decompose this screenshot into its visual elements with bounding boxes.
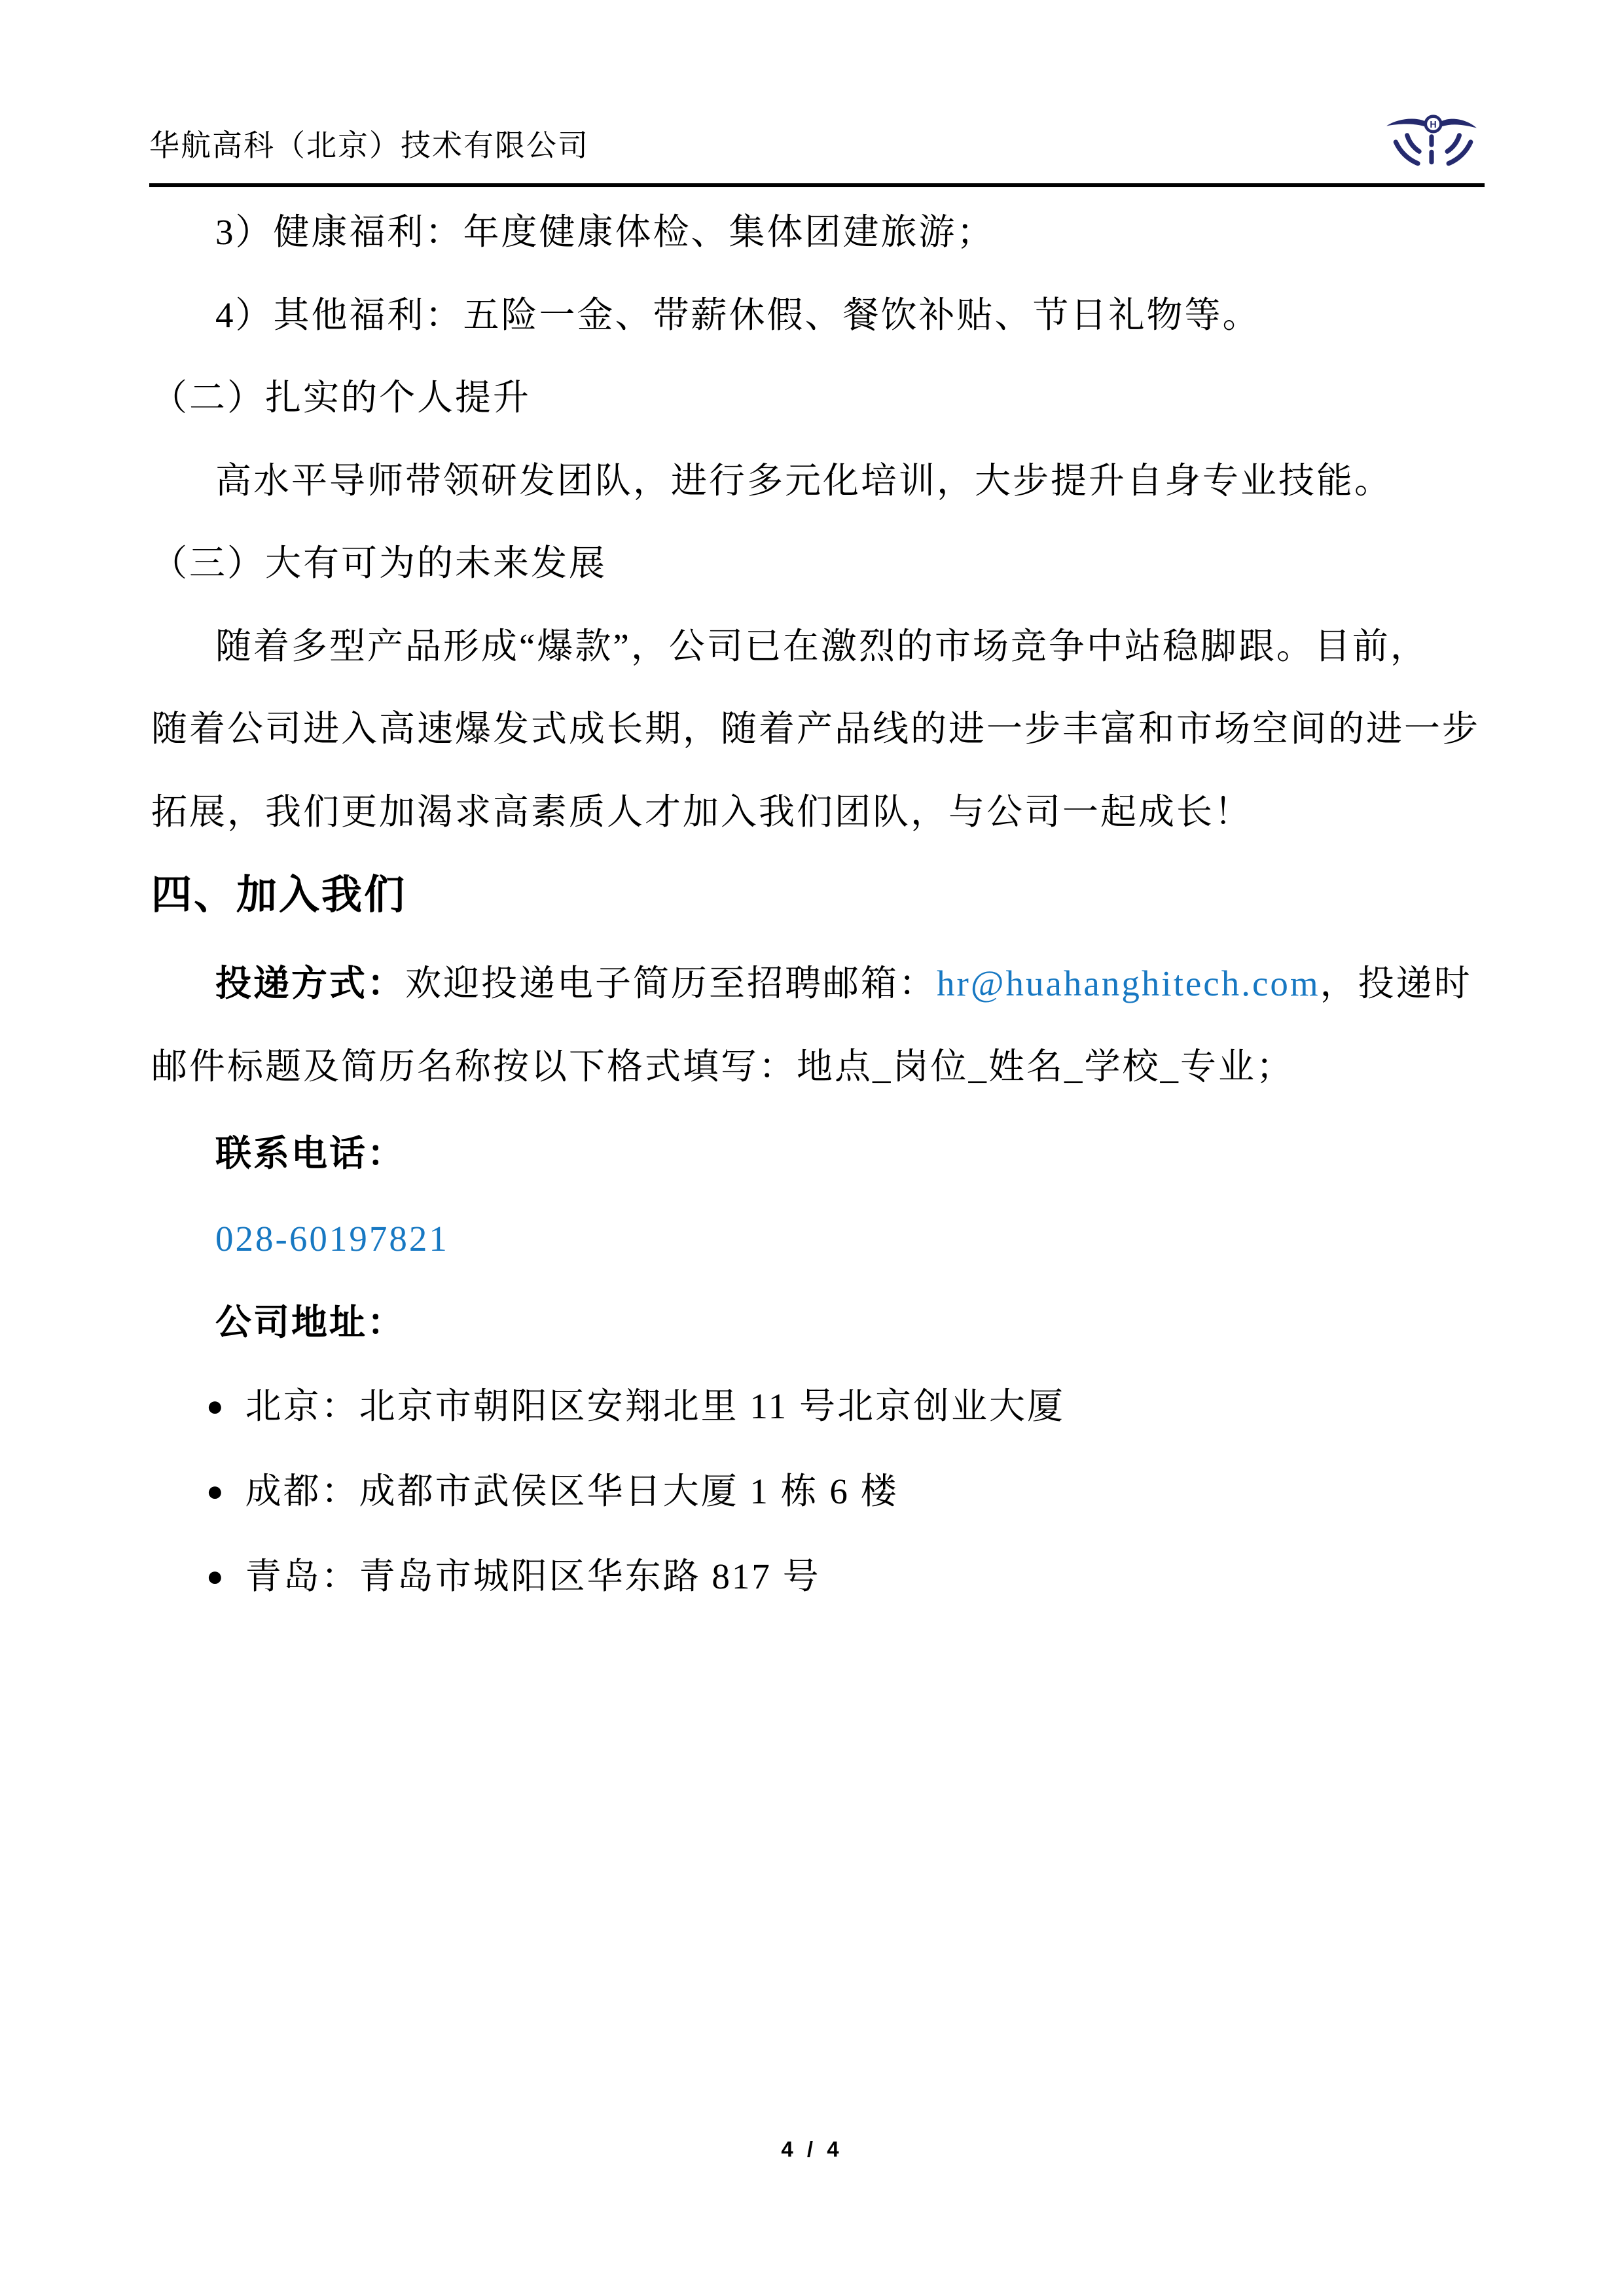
address-item-chengdu: ●成都：成都市武侯区华日大厦 1 栋 6 楼: [206, 1468, 899, 1515]
benefit-item-4: 4）其他福利：五险一金、带薪休假、餐饮补贴、节日礼物等。: [215, 292, 1261, 339]
address-text-qingdao: 青岛：青岛市城阳区华东路 817 号: [245, 1553, 821, 1600]
logo-letter: H: [1430, 120, 1436, 130]
company-logo-icon: H: [1386, 114, 1477, 169]
section-2-heading: （二）扎实的个人提升: [151, 374, 531, 422]
address-label: 公司地址：: [215, 1299, 405, 1346]
email-format-line: 邮件标题及简历名称按以下格式填写：地点_岗位_姓名_学校_专业；: [151, 1043, 1294, 1090]
address-text-beijing: 北京：北京市朝阳区安翔北里 11 号北京创业大厦: [245, 1383, 1065, 1430]
page-number: 4 / 4: [0, 2137, 1624, 2162]
header-rule: [149, 183, 1485, 187]
address-item-qingdao: ●青岛：青岛市城阳区华东路 817 号: [206, 1553, 821, 1600]
address-text-chengdu: 成都：成都市武侯区华日大厦 1 栋 6 楼: [245, 1468, 899, 1515]
apply-method-label: 投递方式：: [215, 963, 405, 1003]
bullet-icon: ●: [206, 1383, 226, 1430]
section-2-paragraph: 高水平导师带领研发团队，进行多元化培训，大步提升自身专业技能。: [215, 457, 1392, 505]
bullet-icon: ●: [206, 1468, 226, 1515]
header-company-name: 华航高科（北京）技术有限公司: [149, 128, 589, 164]
address-item-beijing: ●北京：北京市朝阳区安翔北里 11 号北京创业大厦: [206, 1383, 1065, 1430]
section-3-paragraph-line-2: 随着公司进入高速爆发式成长期，随着产品线的进一步丰富和市场空间的进一步: [151, 706, 1480, 753]
recruit-email-link[interactable]: hr@huahanghitech.com: [937, 963, 1320, 1003]
document-page: 华航高科（北京）技术有限公司 H 3）健康福利：年度健康体检、集体团建旅游； 4…: [0, 0, 1624, 2296]
phone-label: 联系电话：: [215, 1130, 405, 1177]
apply-method-text: 欢迎投递电子简历至招聘邮箱：: [405, 963, 937, 1003]
section-4-heading: 四、加入我们: [151, 869, 406, 922]
section-3-paragraph-line-1: 随着多型产品形成“爆款”，公司已在激烈的市场竞争中站稳脚跟。目前，: [215, 623, 1428, 670]
phone-number-link[interactable]: 028-60197821: [215, 1215, 449, 1263]
benefit-item-3: 3）健康福利：年度健康体检、集体团建旅游；: [215, 209, 995, 256]
section-3-paragraph-line-3: 拓展，我们更加渴求高素质人才加入我们团队，与公司一起成长！: [151, 789, 1252, 836]
apply-method-line: 投递方式：欢迎投递电子简历至招聘邮箱：hr@huahanghitech.com，…: [215, 960, 1472, 1007]
section-3-heading: （三）大有可为的未来发展: [151, 540, 607, 587]
bullet-icon: ●: [206, 1553, 226, 1600]
apply-method-tail: ，投递时: [1320, 963, 1472, 1003]
